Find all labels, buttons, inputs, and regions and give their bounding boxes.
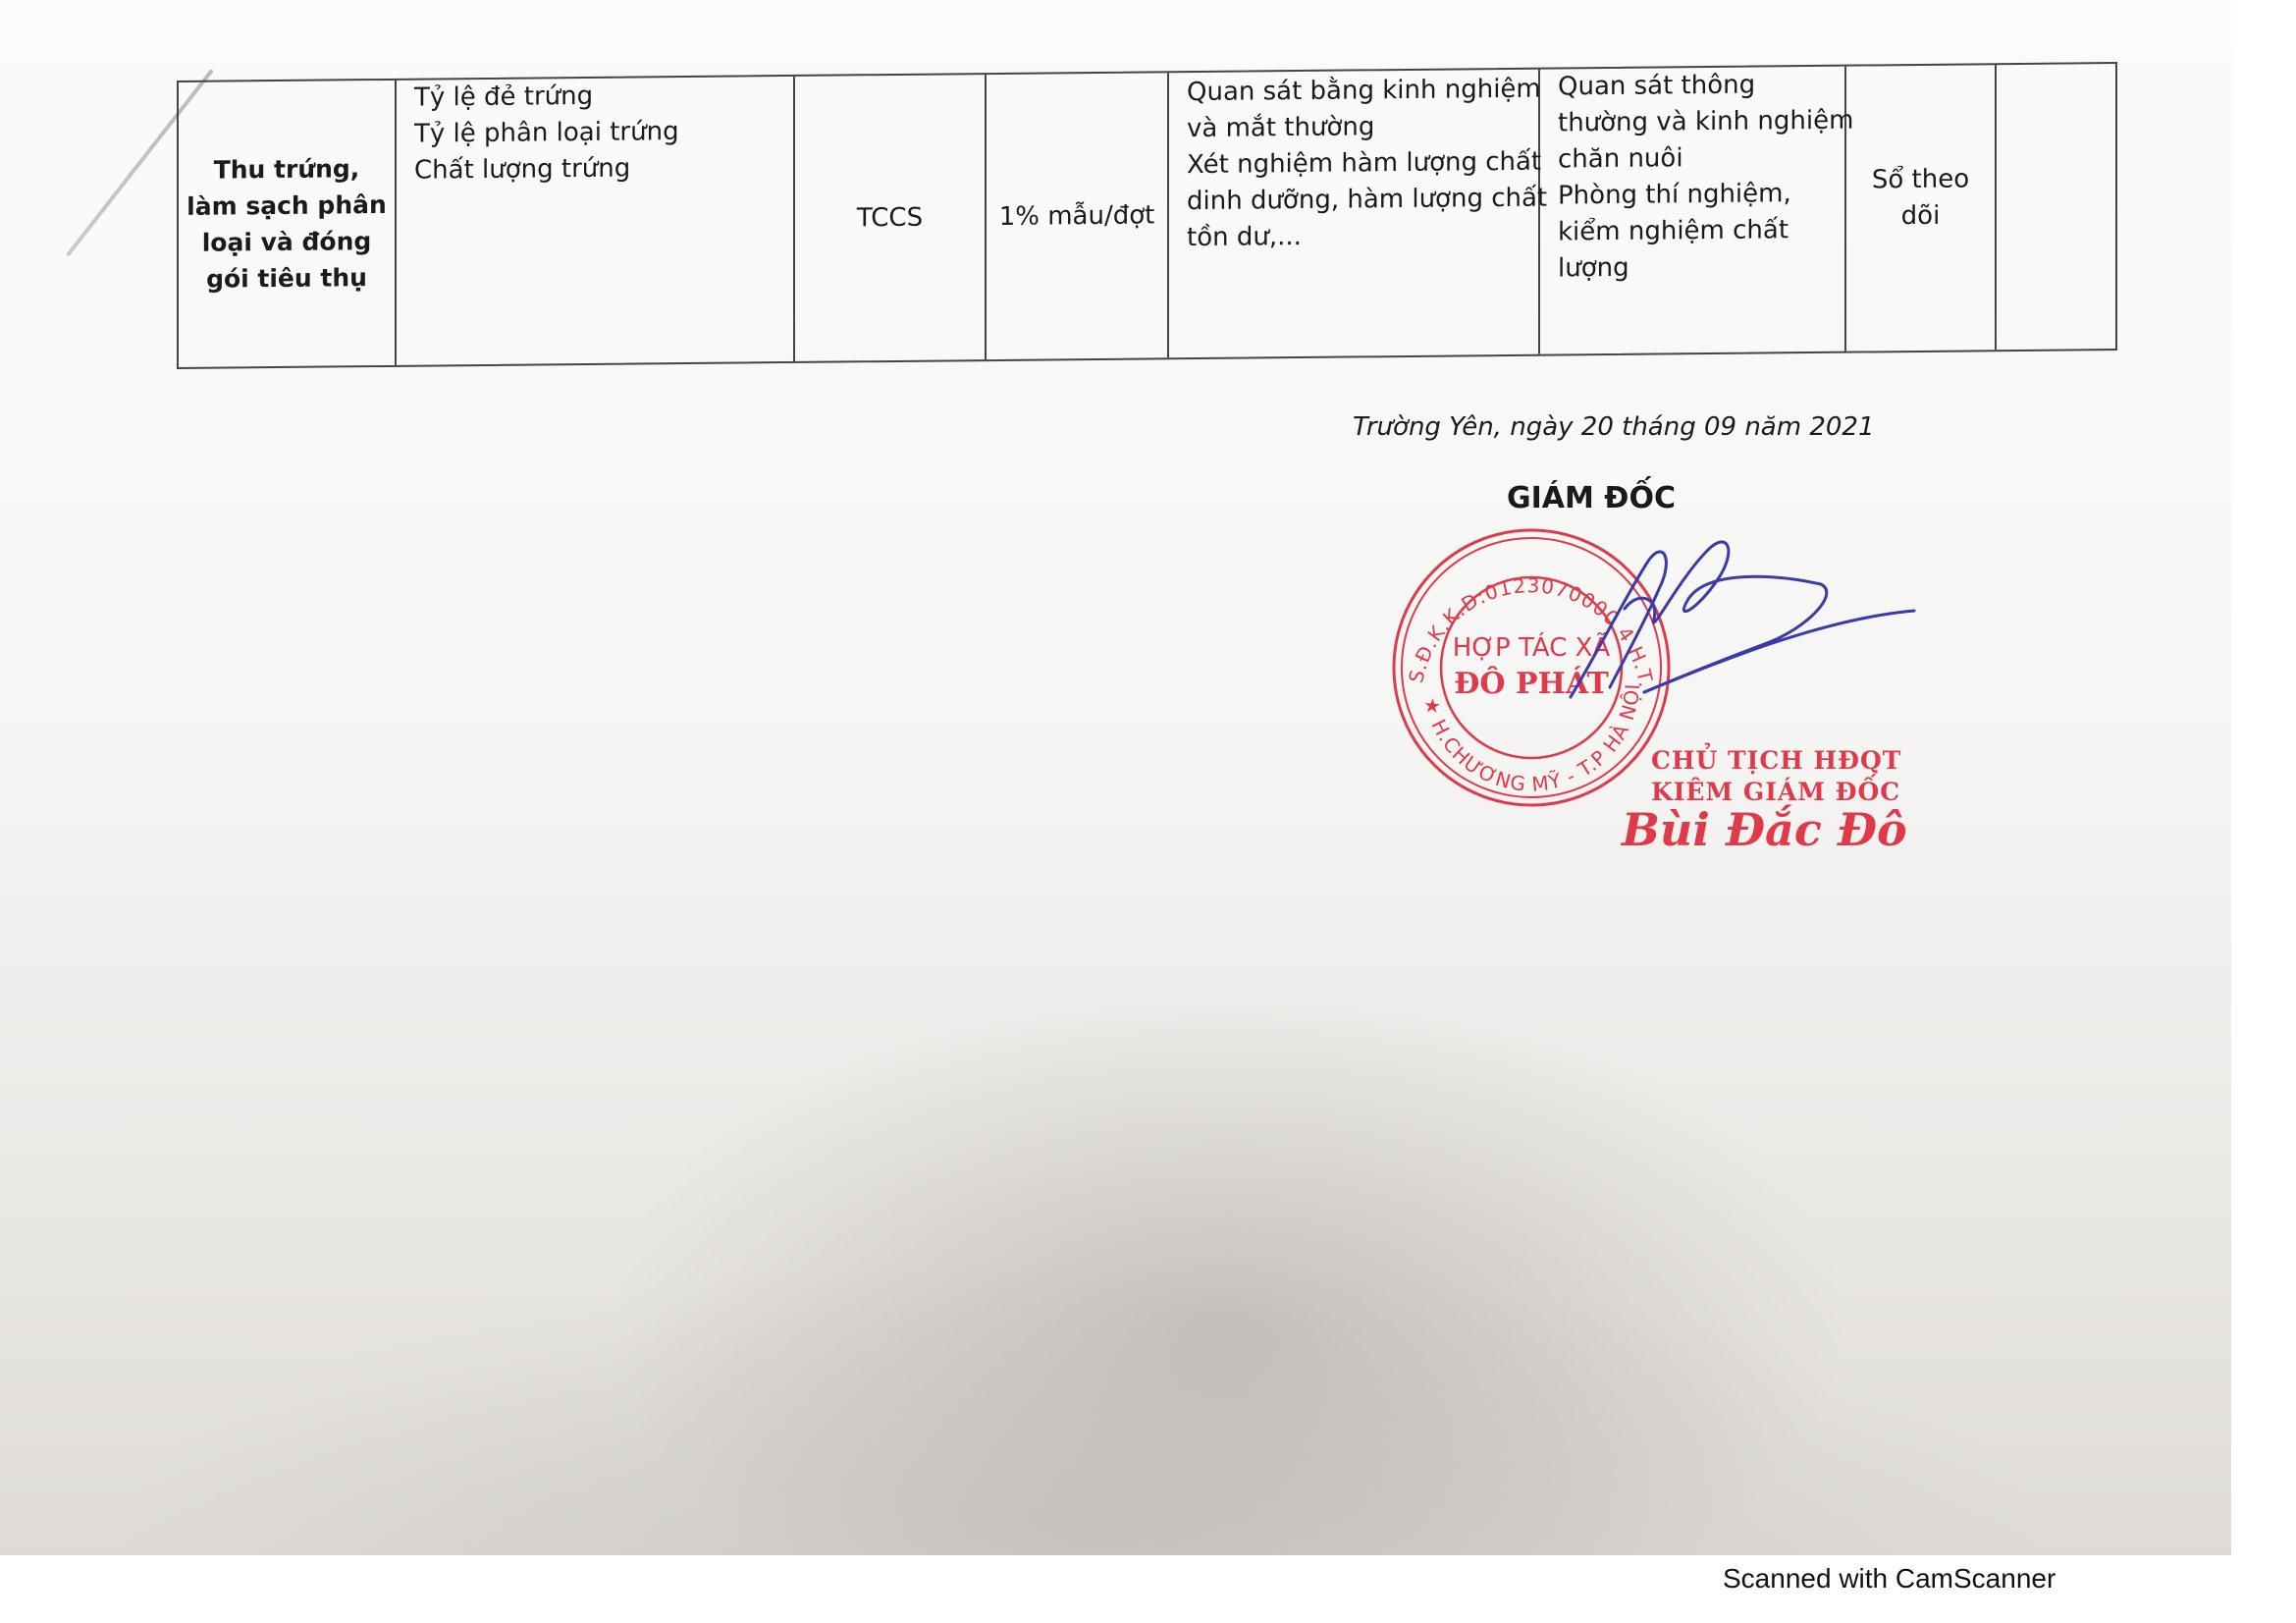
record-text: Sổ theo dõi	[1867, 161, 1975, 235]
cell-record: Sổ theo dõi	[1846, 65, 1997, 351]
method-line: và mắt thường	[1187, 108, 1521, 147]
cell-notes	[1997, 64, 2119, 350]
tools-line: Phòng thí nghiệm,	[1558, 176, 1827, 215]
standard-text: TCCS	[857, 199, 923, 237]
tools-line: Quan sát thông	[1558, 67, 1827, 106]
cell-step: Thu trứng, làm sạch phân loại và đóng gó…	[179, 81, 397, 367]
cell-frequency: 1% mẫu/đợt	[987, 73, 1169, 359]
tools-line: thường và kinh nghiệm	[1558, 103, 1827, 142]
method-line: tồn dư,...	[1187, 217, 1521, 256]
step-text: Thu trứng, làm sạch phân loại và đóng gó…	[185, 150, 389, 298]
cell-method: Quan sát bằng kinh nghiệm và mắt thường …	[1169, 70, 1540, 358]
frequency-text: 1% mẫu/đợt	[999, 197, 1155, 236]
method-line: Xét nghiệm hàm lượng chất	[1187, 144, 1521, 184]
method-line: Quan sát bằng kinh nghiệm	[1187, 72, 1521, 111]
signature-icon	[1453, 530, 1924, 727]
place-date: Trường Yên, ngày 20 tháng 09 năm 2021	[1353, 412, 1875, 442]
signer-title: GIÁM ĐỐC	[1507, 481, 1676, 515]
indicator-line: Chất lượng trứng	[414, 149, 775, 189]
cell-tools: Quan sát thông thường và kinh nghiệm chă…	[1540, 67, 1846, 354]
tools-line: lượng	[1558, 248, 1827, 288]
signer-role-line1: CHỦ TỊCH HĐQT	[1651, 746, 1901, 775]
cell-indicators: Tỷ lệ đẻ trứng Tỷ lệ phân loại trứng Chấ…	[397, 77, 795, 365]
tools-line: chăn nuôi	[1558, 139, 1827, 179]
indicator-line: Tỷ lệ phân loại trứng	[414, 113, 775, 153]
quality-control-table: Thu trứng, làm sạch phân loại và đóng gó…	[177, 62, 2117, 369]
signer-role-line2: KIÊM GIÁM ĐỐC	[1651, 778, 1900, 806]
signer-name: Bùi Đắc Đô	[1622, 803, 1907, 856]
camscanner-watermark: Scanned with CamScanner	[1723, 1563, 2056, 1595]
cell-standard: TCCS	[795, 75, 987, 361]
indicator-line: Tỷ lệ đẻ trứng	[414, 77, 775, 117]
method-line: dinh dưỡng, hàm lượng chất	[1187, 181, 1521, 220]
tools-line: kiểm nghiệm chất	[1558, 212, 1827, 251]
